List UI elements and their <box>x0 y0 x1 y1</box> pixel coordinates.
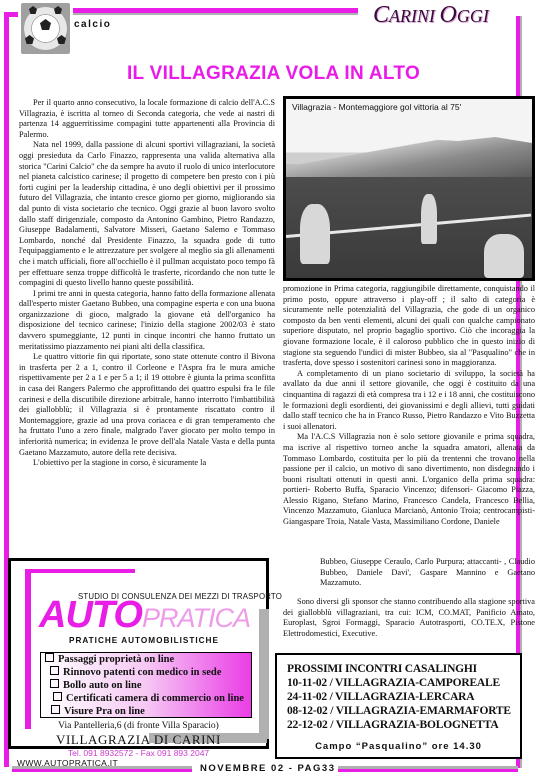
checkbox-icon <box>50 666 59 675</box>
checkbox-icon <box>45 653 54 662</box>
ad-service-item: Rinnovo patenti con medico in sede <box>41 666 251 679</box>
match-photo: Villagrazia - Montemaggiore gol vittoria… <box>283 96 535 281</box>
player-figure <box>421 194 437 244</box>
schedule-box: PROSSIMI INCONTRI CASALINGHI 10-11-02 / … <box>275 653 522 759</box>
masthead-logo: CARINI OGGI <box>373 2 489 29</box>
player-figure <box>484 234 524 278</box>
article-column-right-final: Sono diversi gli sponsor che stanno cont… <box>283 597 535 639</box>
footer-rule-right <box>338 766 518 772</box>
checkbox-icon <box>50 679 59 688</box>
frame-border-corner <box>4 12 18 17</box>
paragraph: L'obiettivo per la stagione in corso, è … <box>19 458 275 469</box>
ad-service-item: Visure Pra on line <box>41 705 251 718</box>
frame-border-top <box>73 8 358 15</box>
player-figure <box>300 204 330 264</box>
ad-subtitle: PRATICHE AUTOMOBILISTICHE <box>69 636 219 645</box>
checkbox-icon <box>51 705 60 714</box>
paragraph: A completamento di un piano societario d… <box>283 369 535 433</box>
paragraph: promozione in Prima categoria, raggiungi… <box>283 284 535 369</box>
ad-tagline: STUDIO DI CONSULENZA DEI MEZZI DI TRASPO… <box>78 592 282 601</box>
schedule-match: 10-11-02 / VILLAGRAZIA-CAMPOREALE <box>287 677 500 689</box>
paragraph: I primi tre anni in questa categoria, ha… <box>19 289 275 353</box>
page-footer: NOVEMBRE 02 - PAG33 <box>200 763 336 774</box>
ad-service-item: Bollo auto on line <box>41 679 251 692</box>
schedule-match: 08-12-02 / VILLAGRAZIA-EMARMAFORTE <box>287 705 511 717</box>
schedule-title: PROSSIMI INCONTRI CASALINGHI <box>287 663 477 675</box>
paragraph: Nata nel 1999, dalla passione di alcuni … <box>19 140 275 288</box>
paragraph: Ma l'A.C.S Villagrazia non è solo settor… <box>283 432 535 527</box>
ad-city: VILLAGRAZIA DI CARINI <box>11 732 266 748</box>
paragraph: Sono diversi gli sponsor che stanno cont… <box>283 597 535 639</box>
ad-services-list: Passaggi proprietà on line Rinnovo paten… <box>40 652 252 718</box>
ad-service-item: Certificati camera di commercio on line <box>41 692 251 705</box>
soccer-ball-icon <box>21 3 70 54</box>
section-label: calcio <box>74 19 111 30</box>
ad-address: Via Pantelleria,6 (di fronte Villa Spara… <box>11 721 266 731</box>
photo-caption: Villagrazia - Montemaggiore gol vittoria… <box>292 102 461 112</box>
article-column-right-continued: Bubbeo, Giuseppe Ceraulo, Carlo Purpura;… <box>320 557 535 589</box>
ad-logo: AUTOPRATICA <box>39 595 250 638</box>
schedule-venue: Campo “Pasqualino” ore 14.30 <box>277 741 520 752</box>
ad-service-item: Passaggi proprietà on line <box>41 653 251 666</box>
article-headline: IL VILLAGRAZIA VOLA IN ALTO <box>0 63 547 85</box>
paragraph: Bubbeo, Giuseppe Ceraulo, Carlo Purpura;… <box>320 557 535 589</box>
paragraph: Le quattro vittorie fin qui riportate, s… <box>19 352 275 458</box>
paragraph: Per il quarto anno consecutivo, la local… <box>19 98 275 140</box>
schedule-match: 24-11-02 / VILLAGRAZIA-LERCARA <box>287 691 474 703</box>
schedule-match: 22-12-02 / VILLAGRAZIA-BOLOGNETTA <box>287 719 499 731</box>
article-column-right: promozione in Prima categoria, raggiungi… <box>283 284 535 528</box>
autopratica-ad[interactable]: AUTOPRATICA STUDIO DI CONSULENZA DEI MEZ… <box>8 558 269 749</box>
article-column-left: Per il quarto anno consecutivo, la local… <box>19 98 275 469</box>
checkbox-icon <box>53 692 62 701</box>
ad-phone: Tel. 091 8932572 - Fax 091 893 2047 <box>11 748 266 758</box>
footer-rule-left <box>12 766 192 772</box>
